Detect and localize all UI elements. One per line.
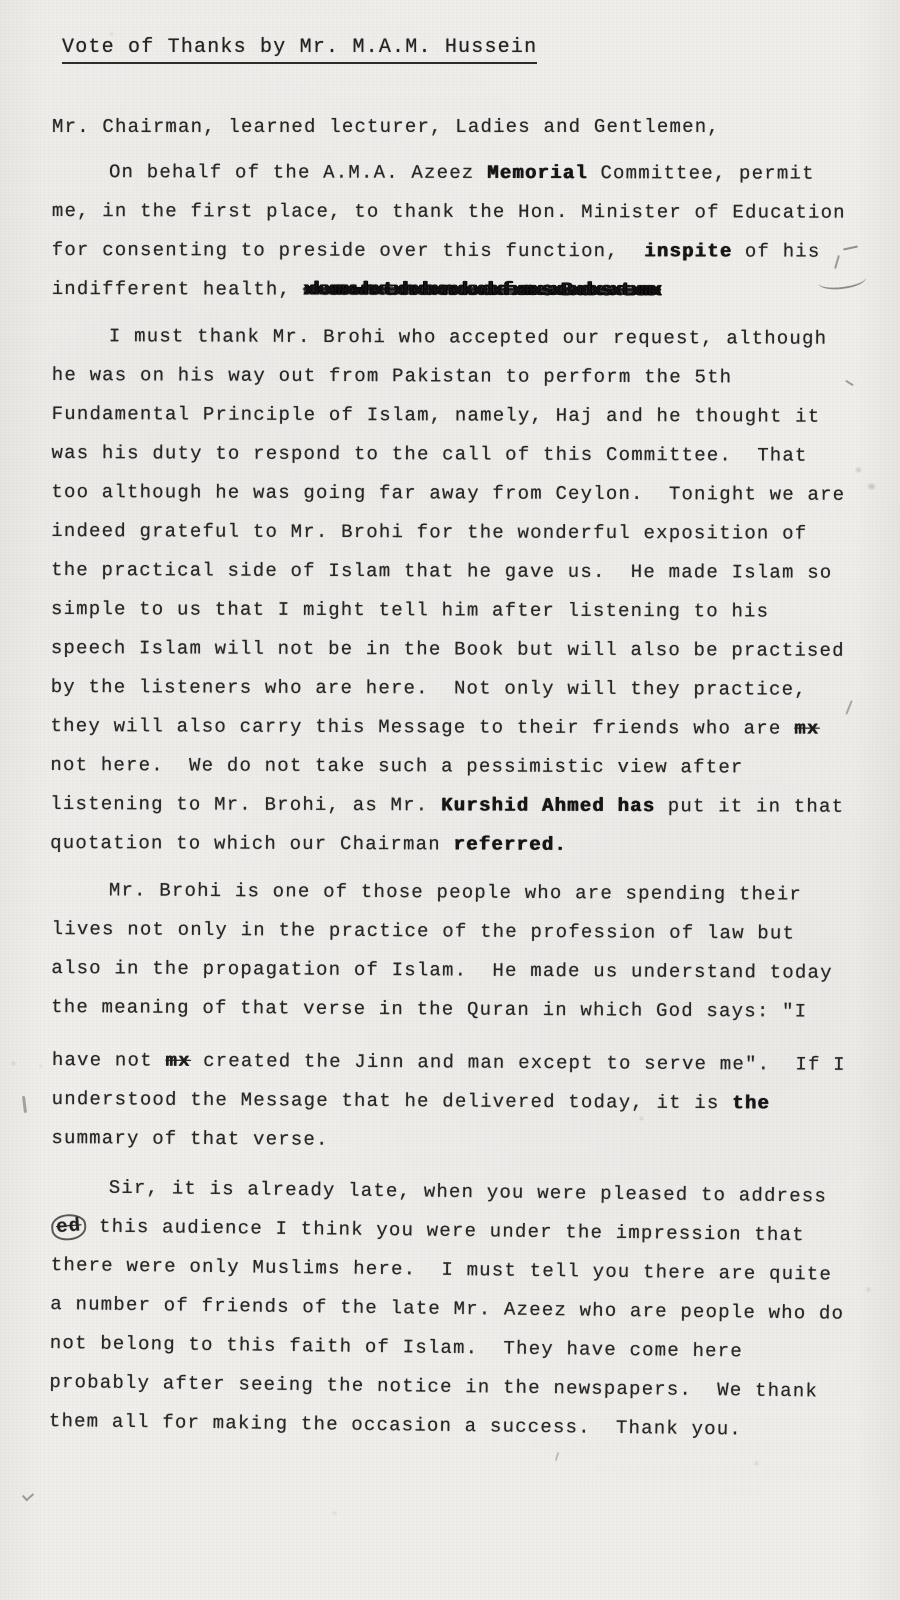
p4-circled-correction: ed: [50, 1213, 87, 1242]
paragraph-4: Sir, it is already late, when you were p…: [49, 1168, 856, 1451]
scan-speck: [333, 1512, 336, 1514]
scan-mark-left-pen: [22, 1096, 27, 1113]
scanned-document-page: Vote of Thanks by Mr. M.A.M. Hussein Mr.…: [0, 0, 900, 1600]
scan-speck: [110, 33, 113, 35]
p1-strikeout-blot: xkxmxwhxtxhxbxnxkxdxfxmxsxBxdxsxtxmx: [304, 279, 661, 302]
p2-run-1: I must thank Mr. Brohi who accepted our …: [51, 325, 858, 739]
salutation-text: Mr. Chairman, learned lecturer, Ladies a…: [52, 116, 720, 138]
p1-overtyped-memorial: Memorial: [487, 162, 588, 184]
document-title: Vote of Thanks by Mr. M.A.M. Hussein: [62, 36, 856, 64]
scan-speck: [40, 1065, 42, 1067]
p4-run-1: Sir, it is already late, when you were p…: [109, 1177, 828, 1208]
scan-speck: [555, 1452, 560, 1461]
paragraph-3a: Mr. Brohi is one of those people who are…: [51, 871, 856, 1032]
scan-speck: [867, 1288, 870, 1291]
p1-overtyped-inspite: inspite: [644, 240, 732, 262]
salutation-line: Mr. Chairman, learned lecturer, Ladies a…: [52, 108, 856, 147]
p2-overtyped-kurshid-ahmed: Kurshid Ahmed has: [441, 794, 655, 817]
p4-run-2: this audience I think you were under the…: [49, 1215, 857, 1440]
document-title-text: Vote of Thanks by Mr. M.A.M. Hussein: [62, 36, 537, 64]
scan-mark-check: [22, 1490, 34, 1502]
scan-speck: [856, 468, 861, 472]
scan-speck: [755, 1462, 758, 1465]
paragraph-2: I must thank Mr. Brohi who accepted our …: [50, 317, 856, 866]
p3a-run-1: Mr. Brohi is one of those people who are…: [51, 879, 845, 1022]
p2-overtyped-referred: referred.: [453, 833, 566, 855]
p3b-overtyped-the: the: [732, 1092, 770, 1114]
paragraph-1: On behalf of the A.M.A. Azeez Memorial C…: [52, 153, 856, 311]
p1-run-1: On behalf of the A.M.A. Azeez: [109, 161, 487, 184]
p2-struck-chars: mx: [794, 718, 819, 740]
scan-speck: [868, 484, 875, 489]
paragraph-3b: have not mx created the Jinn and man exc…: [51, 1041, 856, 1163]
p3b-run-1: have not: [52, 1049, 166, 1072]
p3b-struck-chars: mx: [165, 1050, 190, 1072]
scan-speck: [12, 1062, 15, 1065]
